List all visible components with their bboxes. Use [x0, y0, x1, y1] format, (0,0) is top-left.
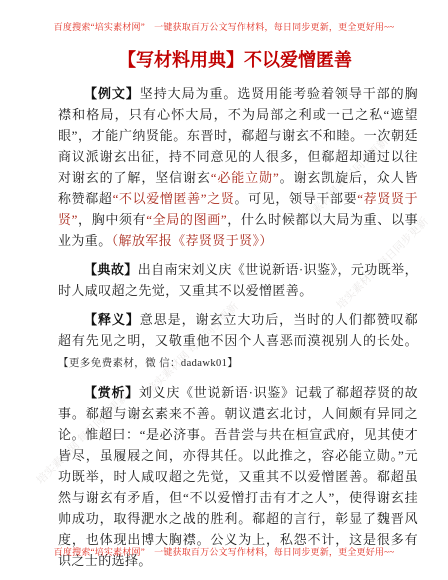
paragraph-shiyi: 【释义】意思是，谢玄立大功后，当时的人们都赞叹郗超有先见之明，又敬重他不因个人喜… [58, 309, 418, 374]
top-banner: 百度搜索“培实素材网” 一键获取百万公文写作材料，每日同步更新，更全更好用~~ [0, 20, 448, 33]
text-run: “必能立勋” [211, 170, 279, 185]
page-title: 【写材料用典】不以爱憎匿善 [48, 46, 422, 72]
text-run: 【例文】 [84, 86, 140, 101]
text-run: 【更多免费素材，微 信：dadawk01】 [58, 358, 238, 369]
document-page: 百度搜索“培实素材网” 一键获取百万公文写作材料，每日同步更新，更全更好用~~ … [0, 0, 448, 580]
text-run: 【赏析】 [84, 385, 139, 400]
text-run: 刘义庆《世说新语·识鉴》记载了郗超荐贤的故事。郗超与谢玄素来不善。朝议遣玄北讨，… [58, 385, 418, 568]
bottom-banner: 百度搜索“培实素材网” 一键获取百万公文写作材料，每日同步更新，更全更好用~~ [0, 545, 448, 558]
text-run: （解放军报《荐贤贤于贤》） [112, 233, 273, 248]
text-run: 。可见，领导干部要 [235, 191, 358, 206]
text-run: “全局的图画” [146, 212, 227, 227]
paragraph-shangxi: 【赏析】刘义庆《世说新语·识鉴》记载了郗超荐贤的故事。郗超与谢玄素来不善。朝议遣… [58, 382, 418, 571]
text-run: 【典故】 [84, 262, 138, 277]
text-run: 【释义】 [84, 312, 140, 327]
text-run: “不以爱憎匿善”之贤 [113, 191, 235, 206]
document-body: 【例文】坚持大局为重。选贤用能考验着领导干部的胸襟和格局，只有心怀大局，不为局部… [58, 83, 418, 579]
paragraph-liwen: 【例文】坚持大局为重。选贤用能考验着领导干部的胸襟和格局，只有心怀大局，不为局部… [58, 83, 418, 251]
paragraph-diangu: 【典故】出自南宋刘义庆《世说新语·识鉴》，元功既举，时人咸叹超之先觉，又重其不以… [58, 259, 418, 301]
text-run: ，胸中须有 [78, 212, 146, 227]
